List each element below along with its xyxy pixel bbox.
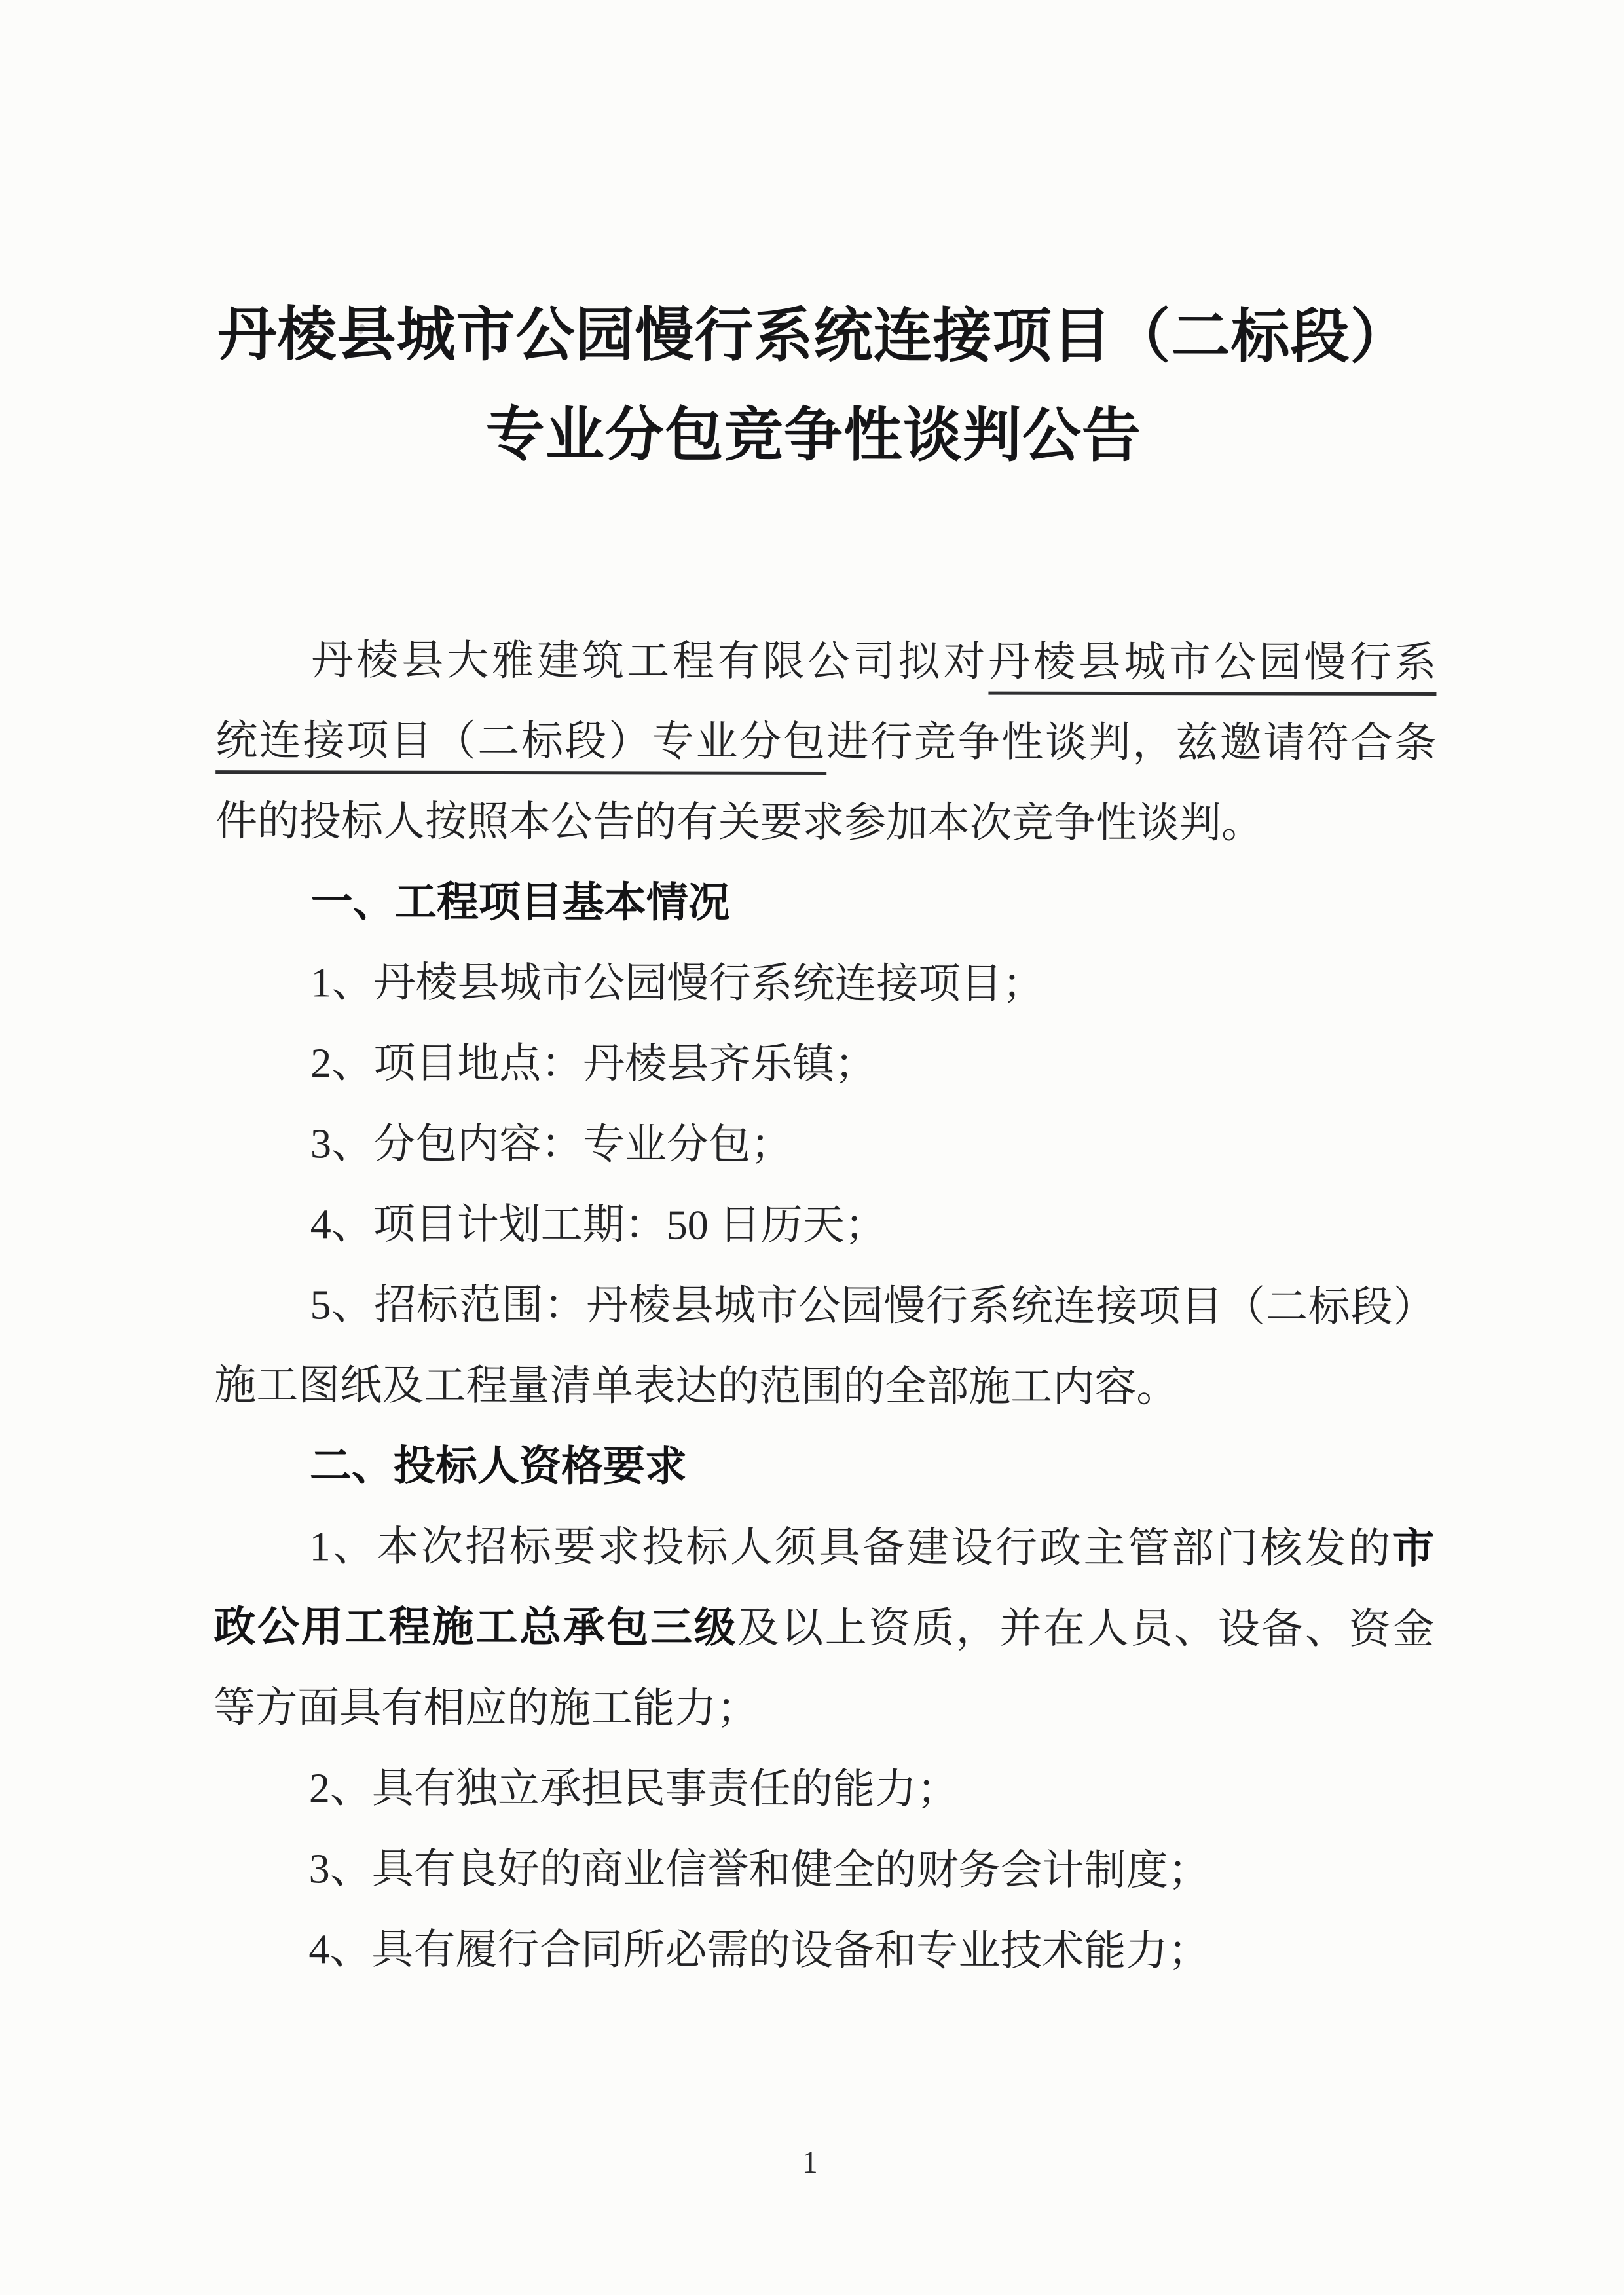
document-title: 丹棱县城市公园慢行系统连接项目（二标段） 专业分包竞争性谈判公告 [1,285,1624,487]
qualification-text-bold: 政公用工程施工总承包三级 [213,1603,737,1651]
page-number: 1 [0,2141,1622,2184]
document-title-line-1: 丹棱县城市公园慢行系统连接项目（二标段） [1,285,1624,388]
section-1-item-4: 4、项目计划工期：50 日历天； [215,1184,1435,1267]
section-2-item-1-line-3: 等方面具有相应的施工能力； [213,1667,1434,1750]
intro-paragraph-line-3: 件的投标人按照本公告的有关要求参加本次竞争性谈判。 [215,781,1436,864]
section-2-item-4: 4、具有履行合同所必需的设备和专业技术能力； [213,1909,1433,1992]
section-1-item-5-line-1: 5、招标范围：丹棱县城市公园慢行系统连接项目（二标段） [214,1264,1435,1347]
qualification-text-bold: 市 [1393,1525,1435,1572]
intro-paragraph-line-1: 丹棱县大雅建筑工程有限公司拟对丹棱县城市公园慢行系 [215,620,1436,703]
section-1-item-5-line-2: 施工图纸及工程量清单表达的范围的全部施工内容。 [214,1345,1435,1428]
section-1-item-1: 1、丹棱县城市公园慢行系统连接项目； [215,942,1435,1025]
section-1-heading: 一、工程项目基本情况 [215,861,1436,944]
section-1-item-3: 3、分包内容：专业分包； [215,1103,1435,1186]
scanned-content: 丹棱县城市公园慢行系统连接项目（二标段） 专业分包竞争性谈判公告 丹棱县大雅建筑… [0,0,1624,2295]
section-2-item-1-line-2: 政公用工程施工总承包三级及以上资质，并在人员、设备、资金 [213,1586,1434,1670]
qualification-text-regular: 及以上资质，并在人员、设备、资金 [737,1605,1434,1652]
section-2-heading: 二、投标人资格要求 [214,1425,1435,1508]
intro-text-underlined: 丹棱县城市公园慢行系 [988,639,1436,696]
intro-text-regular: 丹棱县大雅建筑工程有限公司拟对 [311,637,988,684]
intro-paragraph-line-2: 统连接项目（二标段）专业分包进行竞争性谈判，兹邀请符合条 [215,700,1436,783]
section-2-item-3: 3、具有良好的商业信誉和健全的财务会计制度； [213,1828,1434,1911]
document-page: 丹棱县城市公园慢行系统连接项目（二标段） 专业分包竞争性谈判公告 丹棱县大雅建筑… [0,0,1624,2295]
qualification-text-regular: 1、本次招标要求投标人须具备建设行政主管部门核发的 [310,1523,1393,1571]
intro-text-underlined: 统连接项目（二标段）专业分包 [215,717,827,775]
section-2-item-1-line-1: 1、本次招标要求投标人须具备建设行政主管部门核发的市 [214,1506,1435,1589]
document-title-line-2: 专业分包竞争性谈判公告 [1,384,1624,487]
document-body: 丹棱县大雅建筑工程有限公司拟对丹棱县城市公园慢行系 统连接项目（二标段）专业分包… [213,620,1436,1992]
intro-text-regular: 进行竞争性谈判，兹邀请符合条 [827,718,1437,766]
section-1-item-2: 2、项目地点：丹棱县齐乐镇； [215,1022,1435,1106]
section-2-item-2: 2、具有独立承担民事责任的能力； [213,1747,1434,1831]
